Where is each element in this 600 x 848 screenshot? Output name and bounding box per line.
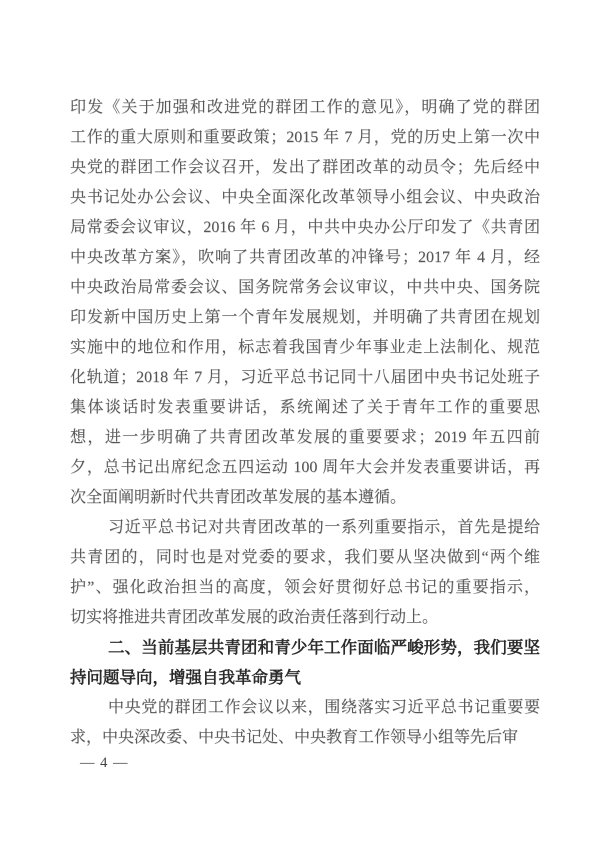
paragraph-review: 中央党的群团工作会议以来，围绕落实习近平总书记重要要 求，中央深改委、中央书记处… (70, 693, 540, 753)
document-page: 印发《关于加强和改进党的群团工作的意见》，明确了党的群团 工作的重大原则和重要政… (0, 0, 600, 848)
text-line: 央书记处办公会议、中央全面深化改革领导小组会议、中央政治 (70, 183, 540, 213)
text-line: 切实将推进共青团改革发展的政治责任落到行动上。 (70, 603, 540, 633)
text-line: 局常委会议审议，2016 年 6 月，中共中央办公厅印发了《共青团 (70, 213, 540, 243)
paragraph-instructions: 习近平总书记对共青团改革的一系列重要指示，首先是提给 共青团的，同时也是对党委的… (70, 513, 540, 633)
text-line: 共青团的，同时也是对党委的要求，我们要从坚决做到“两个维 (70, 543, 540, 573)
section-heading: 二、当前基层共青团和青少年工作面临严峻形势，我们要坚 持问题导向，增强自我革命勇… (70, 633, 540, 693)
text-line: 印发新中国历史上第一个青年发展规划，并明确了共青团在规划 (70, 303, 540, 333)
text-line: 中央党的群团工作会议以来，围绕落实习近平总书记重要要 (70, 693, 540, 723)
text-line: 化轨道；2018 年 7 月，习近平总书记同十八届团中央书记处班子 (70, 363, 540, 393)
text-line: 习近平总书记对共青团改革的一系列重要指示，首先是提给 (70, 513, 540, 543)
text-line: 夕，总书记出席纪念五四运动 100 周年大会并发表重要讲话，再 (70, 453, 540, 483)
text-line: 中央改革方案》，吹响了共青团改革的冲锋号；2017 年 4 月，经 (70, 243, 540, 273)
section-heading-line: 二、当前基层共青团和青少年工作面临严峻形势，我们要坚 (70, 633, 540, 663)
text-line: 央党的群团工作会议召开，发出了群团改革的动员令；先后经中 (70, 153, 540, 183)
text-line: 次全面阐明新时代共青团改革发展的基本遵循。 (70, 483, 540, 513)
section-heading-line: 持问题导向，增强自我革命勇气 (70, 663, 540, 693)
text-block: 印发《关于加强和改进党的群团工作的意见》，明确了党的群团 工作的重大原则和重要政… (70, 93, 540, 753)
text-line: 集体谈话时发表重要讲话，系统阐述了关于青年工作的重要思 (70, 393, 540, 423)
text-line: 中央政治局常委会议、国务院常务会议审议，中共中央、国务院 (70, 273, 540, 303)
text-line: 实施中的地位和作用，标志着我国青少年事业走上法制化、规范 (70, 333, 540, 363)
text-line: 护”、强化政治担当的高度，领会好贯彻好总书记的重要指示， (70, 573, 540, 603)
text-line: 想，进一步明确了共青团改革发展的重要要求；2019 年五四前 (70, 423, 540, 453)
text-line: 工作的重大原则和重要政策；2015 年 7 月，党的历史上第一次中 (70, 123, 540, 153)
page-number: — 4 — (80, 753, 129, 773)
paragraph-history: 印发《关于加强和改进党的群团工作的意见》，明确了党的群团 工作的重大原则和重要政… (70, 93, 540, 513)
text-line: 求，中央深改委、中央书记处、中央教育工作领导小组等先后审 (70, 723, 540, 753)
text-line: 印发《关于加强和改进党的群团工作的意见》，明确了党的群团 (70, 93, 540, 123)
